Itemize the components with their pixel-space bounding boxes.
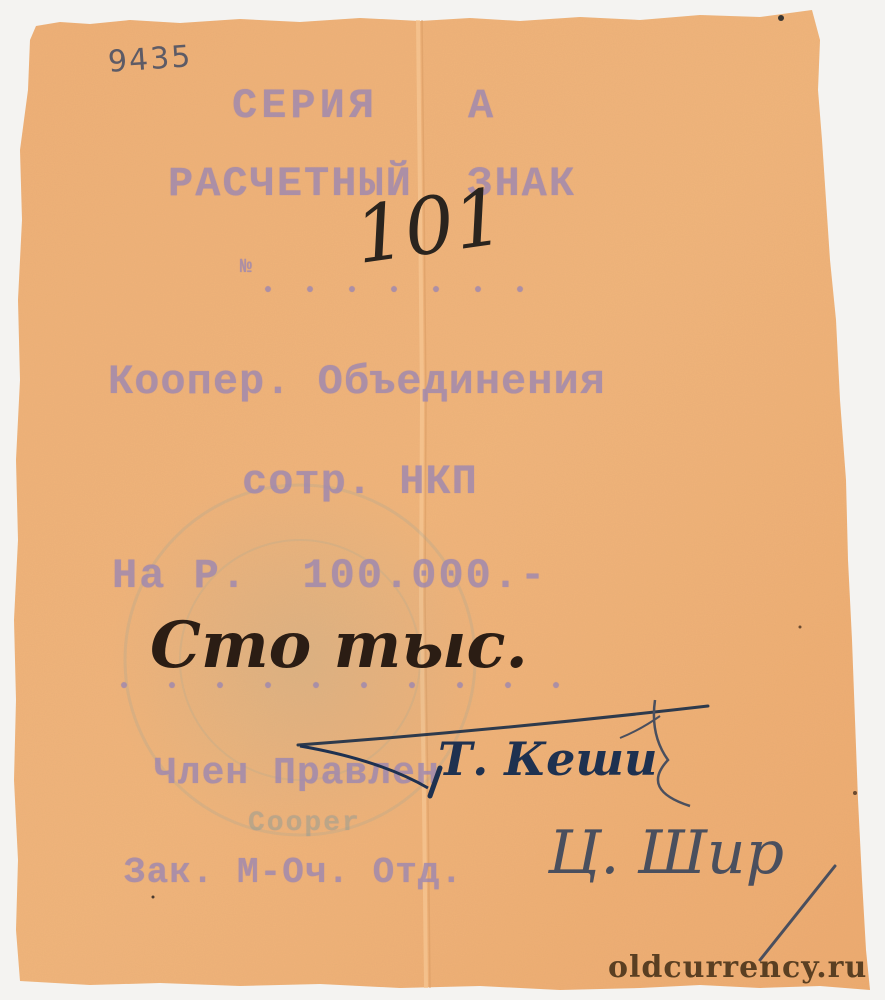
signatory-title-line-2: Зак. М-Оч. Отд. xyxy=(124,852,463,893)
pencil-inventory-number: 9435 xyxy=(107,39,194,80)
signature-board-member: Т. Кеши xyxy=(438,732,658,786)
handwritten-amount-words: Сто тыс. xyxy=(150,608,528,683)
issuer-line-2: сотр. НКП xyxy=(242,458,478,506)
number-label: № xyxy=(240,256,253,279)
issuer-line-1: Коопер. Объединения xyxy=(108,358,606,406)
amount-line: На Р. 100.000.- xyxy=(112,552,547,600)
scan-canvas: 9435 СЕРИЯ А РАСЧЕТНЫЙ ЗНАК № • • • • • … xyxy=(0,0,885,1000)
site-watermark: oldcurrency.ru xyxy=(608,950,867,985)
series-letter: А xyxy=(468,82,497,130)
stamp-text-fragment: Cooper xyxy=(248,808,361,839)
signatory-title-line-1: Член Правлен xyxy=(154,752,440,795)
number-dots: • • • • • • • xyxy=(262,280,528,303)
signature-department: Ц. Шир xyxy=(548,818,784,888)
series-label: СЕРИЯ xyxy=(232,82,378,130)
